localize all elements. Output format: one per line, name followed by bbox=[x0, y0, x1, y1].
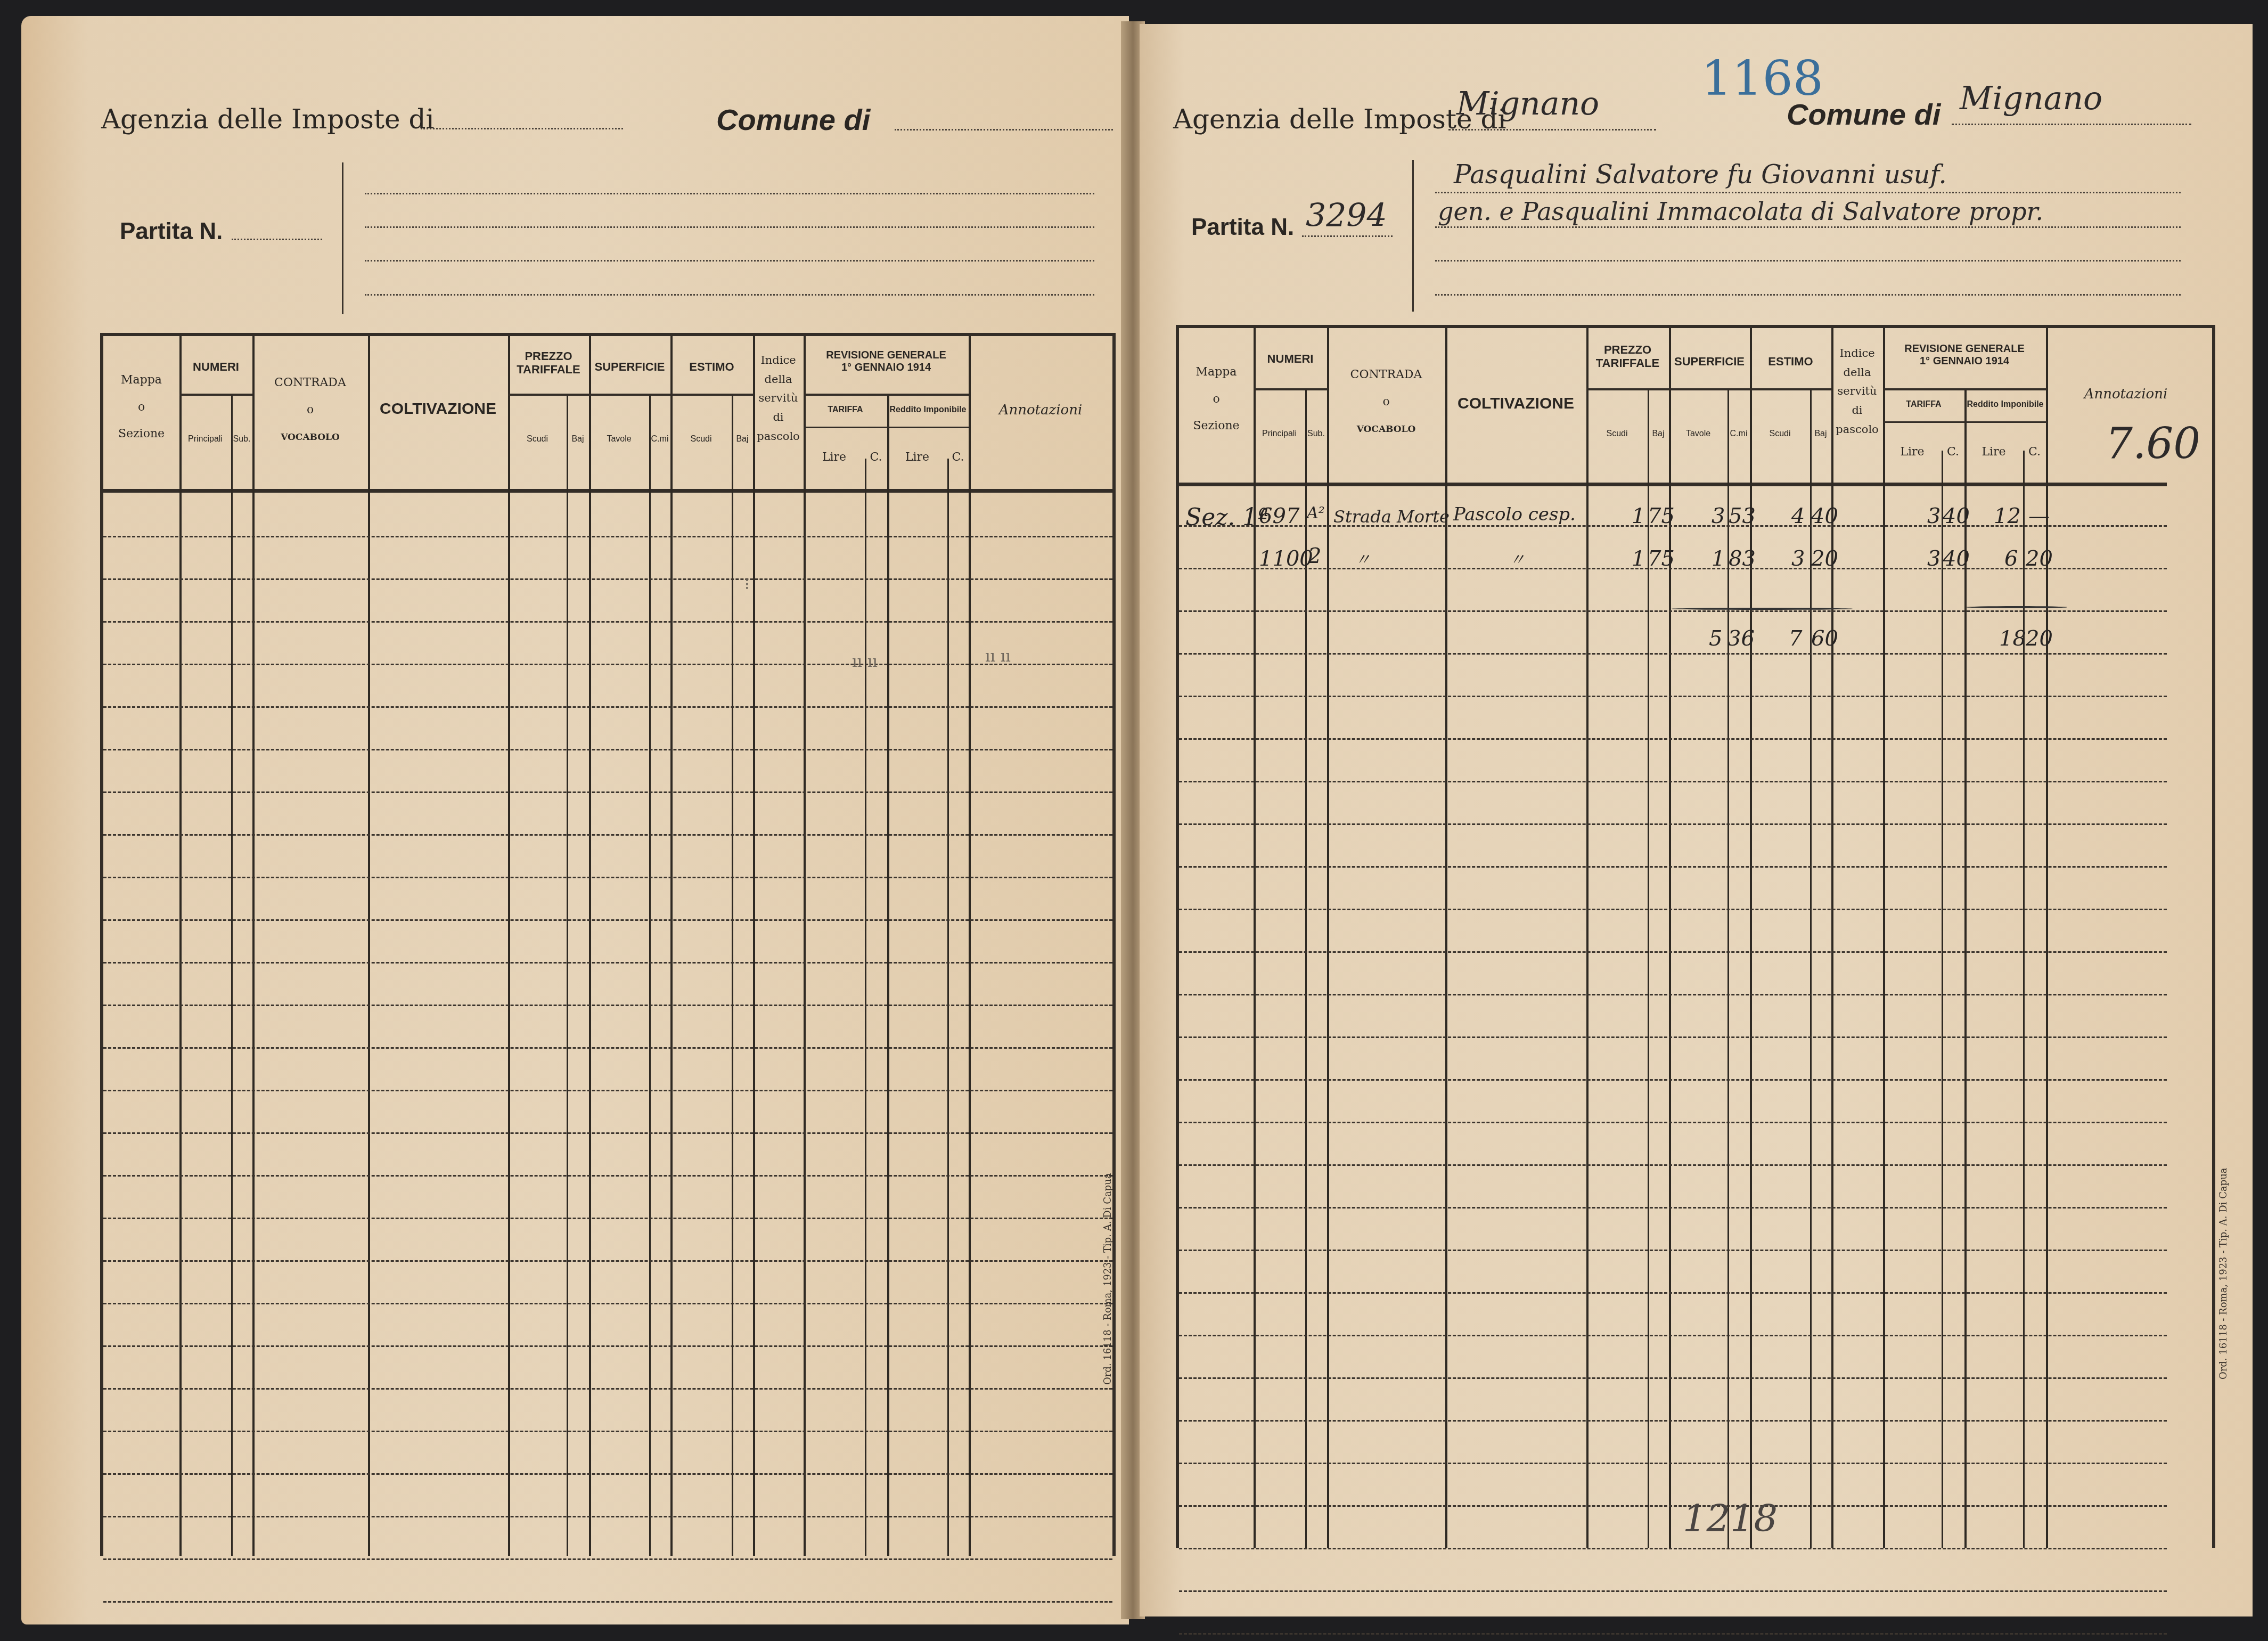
row-rule bbox=[1179, 1079, 2167, 1081]
row-rule bbox=[1179, 1590, 2167, 1592]
subheader-line bbox=[1883, 421, 2047, 423]
row-rule bbox=[103, 1047, 1112, 1049]
hdr-cmi: C.mi bbox=[1727, 429, 1750, 439]
hdr-reddito: Reddito Imponibile bbox=[1964, 400, 2046, 410]
hdr-estimo: ESTIMO bbox=[670, 360, 753, 373]
row-rule bbox=[103, 706, 1112, 708]
row-rule bbox=[103, 1345, 1112, 1347]
cell-coltivazione: Pascolo cesp. bbox=[1453, 504, 1576, 525]
total-tavole: 5 bbox=[1709, 626, 1722, 651]
cell-reddito-lire: 12 bbox=[1994, 504, 2021, 528]
col-divider bbox=[947, 459, 949, 1556]
row-rule bbox=[103, 919, 1112, 921]
row-rule bbox=[1179, 1292, 2167, 1294]
cell-prezzo-scudi: 1 bbox=[1632, 504, 1645, 528]
row-rule bbox=[103, 791, 1112, 793]
row-rule bbox=[1179, 866, 2167, 868]
ink-stain: ıı ıı bbox=[985, 647, 1011, 666]
row-rule bbox=[103, 749, 1112, 750]
row-rule bbox=[1179, 1505, 2167, 1507]
right-owner-line-3[interactable] bbox=[1435, 260, 2181, 262]
row-rule bbox=[103, 1218, 1112, 1219]
right-comune-value: Mignano bbox=[1960, 80, 2102, 117]
subheader-line bbox=[1883, 388, 2047, 390]
subheader-line bbox=[179, 394, 252, 396]
hdr-sub: Sub. bbox=[1305, 429, 1327, 439]
hdr-coltivazione: COLTIVAZIONE bbox=[368, 400, 508, 419]
hdr-indice: Indicedellaservitùdipascolo bbox=[753, 351, 804, 446]
right-owner-text-2: gen. e Pasqualini Immacolata di Salvator… bbox=[1438, 197, 2043, 226]
total-reddito-lire: 18 bbox=[1999, 626, 2026, 651]
row-rule bbox=[103, 1005, 1112, 1006]
total-underline bbox=[1672, 608, 1853, 610]
col-divider bbox=[589, 336, 591, 1556]
row-rule bbox=[103, 1260, 1112, 1262]
row-rule bbox=[103, 962, 1112, 964]
cell-reddito-c: 20 bbox=[2026, 546, 2053, 571]
col-divider bbox=[804, 336, 806, 1556]
row-rule bbox=[1179, 1036, 2167, 1038]
hdr-prezzo-baj: Baj bbox=[1648, 429, 1669, 439]
subheader-line bbox=[804, 427, 969, 428]
cell-sub: A² bbox=[1307, 504, 1325, 522]
cell-tariffa-lire: 3 bbox=[1927, 546, 1941, 571]
col-divider bbox=[2023, 451, 2025, 1548]
hdr-prezzo-baj: Baj bbox=[567, 435, 589, 444]
right-partita-field[interactable] bbox=[1302, 235, 1393, 237]
hdr-coltivazione: COLTIVAZIONE bbox=[1445, 395, 1586, 413]
cell-tariffa-c: 40 bbox=[1943, 546, 1970, 571]
cell-estimo-baj: 20 bbox=[1811, 546, 1838, 571]
hdr-reddito-lire: Lire bbox=[887, 451, 947, 464]
row-rule bbox=[1179, 1164, 2167, 1166]
col-divider bbox=[753, 336, 755, 1556]
subheader-line bbox=[508, 394, 753, 396]
hdr-reddito: Reddito Imponibile bbox=[887, 405, 969, 415]
hdr-mappa: MappaoSezione bbox=[1179, 365, 1254, 432]
subheader-line bbox=[804, 394, 969, 396]
row-rule bbox=[103, 1132, 1112, 1134]
annotation-value: 7.60 bbox=[2106, 419, 2200, 468]
hdr-revisione: REVISIONE GENERALE1° GENNAIO 1914 bbox=[1883, 343, 2046, 368]
hdr-superficie: SUPERFICIE bbox=[589, 360, 670, 373]
subheader-line bbox=[1586, 388, 1831, 390]
hdr-tariffa-lire: Lire bbox=[1883, 445, 1942, 459]
row-rule bbox=[1179, 909, 2167, 910]
hdr-contrada: CONTRADAoVOCABOLO bbox=[1327, 368, 1445, 435]
hdr-reddito-lire: Lire bbox=[1964, 445, 2023, 459]
right-comune-field[interactable] bbox=[1952, 124, 2191, 125]
left-owner-brace bbox=[342, 162, 343, 314]
row-rule bbox=[103, 877, 1112, 878]
right-partita-value: 3294 bbox=[1306, 197, 1387, 234]
hdr-reddito-c: C. bbox=[947, 451, 969, 464]
hdr-reddito-c: C. bbox=[2023, 445, 2046, 459]
right-agenzia-field[interactable] bbox=[1448, 129, 1656, 130]
cell-contrada: Strada Morte bbox=[1333, 507, 1450, 527]
right-owner-brace bbox=[1412, 160, 1414, 312]
hdr-estimo-baj: Baj bbox=[1810, 429, 1831, 439]
row-rule bbox=[103, 664, 1112, 665]
hdr-revisione: REVISIONE GENERALE1° GENNAIO 1914 bbox=[804, 349, 969, 374]
left-owner-line-1[interactable] bbox=[365, 193, 1094, 194]
right-ledger-table: MappaoSezione NUMERI Principali Sub. CON… bbox=[1176, 325, 2215, 1548]
right-owner-line-2[interactable] bbox=[1435, 226, 2181, 228]
right-agenzia-value: Mignano bbox=[1456, 85, 1599, 123]
col-divider bbox=[508, 336, 510, 1556]
row-rule bbox=[1179, 1463, 2167, 1464]
hdr-sub: Sub. bbox=[231, 435, 252, 444]
col-divider bbox=[567, 395, 568, 1556]
hdr-cmi: C.mi bbox=[649, 435, 670, 444]
cell-reddito-c: — bbox=[2028, 504, 2050, 528]
col-divider bbox=[649, 395, 651, 1556]
row-rule bbox=[103, 1431, 1112, 1432]
left-owner-line-3[interactable] bbox=[365, 260, 1094, 262]
row-rule bbox=[103, 1090, 1112, 1091]
row-rule bbox=[103, 1473, 1112, 1475]
row-rule bbox=[1179, 738, 2167, 740]
right-owner-line-1[interactable] bbox=[1435, 192, 2181, 193]
cell-prezzo-scudi: 1 bbox=[1632, 546, 1645, 571]
hdr-numeri: NUMERI bbox=[1254, 352, 1327, 365]
cell-cmi: 83 bbox=[1729, 546, 1756, 571]
hdr-numeri: NUMERI bbox=[179, 360, 252, 373]
page-total-note: 1218 bbox=[1683, 1497, 1778, 1540]
row-rule bbox=[103, 621, 1112, 623]
row-rule bbox=[1179, 610, 2167, 612]
row-rule bbox=[1179, 696, 2167, 697]
col-divider bbox=[732, 395, 733, 1556]
hdr-annotazioni: Annotazioni bbox=[969, 403, 1112, 419]
col-divider bbox=[865, 459, 866, 1556]
hdr-tavole: Tavole bbox=[589, 435, 649, 444]
cell-tariffa-lire: 3 bbox=[1927, 504, 1941, 528]
cell-tariffa-c: 40 bbox=[1943, 504, 1970, 528]
col-divider bbox=[887, 395, 889, 1556]
col-divider bbox=[1883, 328, 1885, 1548]
hdr-tariffa: TARIFFA bbox=[804, 405, 887, 415]
row-rule bbox=[1179, 994, 2167, 995]
cell-principali: 697 bbox=[1259, 504, 1299, 528]
row-rule bbox=[103, 1601, 1112, 1603]
row-rule bbox=[1179, 1633, 2167, 1635]
left-comune-field[interactable] bbox=[895, 129, 1113, 130]
left-partita-field[interactable] bbox=[232, 239, 322, 240]
hdr-indice: Indicedellaservitùdipascolo bbox=[1831, 344, 1883, 439]
cell-estimo-scudi: 4 bbox=[1791, 504, 1805, 528]
hdr-estimo-scudi: Scudi bbox=[1750, 429, 1810, 439]
total-cmi: 36 bbox=[1727, 626, 1755, 651]
ink-stain: ⁝ bbox=[744, 575, 750, 594]
right-comune-label: Comune di bbox=[1787, 97, 1941, 132]
total-estimo-baj: 60 bbox=[1811, 626, 1838, 651]
cell-tavole: 3 bbox=[1712, 504, 1725, 528]
ink-stain: ıı ıı bbox=[852, 652, 878, 671]
row-rule bbox=[1179, 1207, 2167, 1209]
cell-coltivazione: 〃 bbox=[1509, 546, 1525, 570]
col-divider bbox=[969, 336, 971, 1556]
left-agenzia-field[interactable] bbox=[421, 128, 623, 129]
cell-prezzo-baj: 75 bbox=[1648, 504, 1675, 528]
cell-estimo-baj: 40 bbox=[1811, 504, 1838, 528]
row-rule bbox=[103, 1303, 1112, 1304]
total-estimo-scudi: 7 bbox=[1789, 626, 1802, 651]
total-underline bbox=[1966, 606, 2067, 608]
total-reddito-c: 20 bbox=[2026, 626, 2053, 651]
row-rule bbox=[1179, 1335, 2167, 1336]
left-agenzia-label: Agenzia delle Imposte di bbox=[101, 104, 435, 135]
cell-estimo-scudi: 3 bbox=[1791, 546, 1805, 571]
hdr-tariffa-c: C. bbox=[865, 451, 887, 464]
hdr-prezzo: PREZZOTARIFFALE bbox=[508, 349, 589, 377]
row-rule bbox=[103, 536, 1112, 537]
cell-principali: 1100 bbox=[1259, 546, 1313, 571]
left-comune-label: Comune di bbox=[716, 102, 870, 137]
header-divider bbox=[103, 489, 1112, 493]
cell-contrada: 〃 bbox=[1355, 546, 1371, 570]
hdr-estimo-baj: Baj bbox=[732, 435, 753, 444]
right-printer-note: Ord. 16118 - Roma, 1923 - Tip. A. Di Cap… bbox=[2218, 1168, 2229, 1379]
right-owner-text-1: Pasqualini Salvatore fu Giovanni usuf. bbox=[1454, 160, 1947, 190]
col-divider bbox=[368, 336, 370, 1556]
left-partita-label: Partita N. bbox=[120, 218, 223, 245]
row-rule bbox=[1179, 781, 2167, 782]
cell-sub: 2 bbox=[1308, 544, 1321, 568]
hdr-prezzo-scudi: Scudi bbox=[508, 435, 567, 444]
left-owner-line-4[interactable] bbox=[365, 294, 1094, 296]
right-partita-label: Partita N. bbox=[1191, 214, 1294, 241]
subheader-line bbox=[1254, 388, 1328, 390]
hdr-tariffa-lire: Lire bbox=[804, 451, 865, 464]
col-divider bbox=[1327, 328, 1329, 1548]
row-rule bbox=[103, 1558, 1112, 1560]
row-rule bbox=[1179, 1122, 2167, 1123]
row-rule bbox=[103, 1175, 1112, 1177]
right-owner-line-4[interactable] bbox=[1435, 294, 2181, 296]
row-rule bbox=[1179, 1548, 2167, 1549]
hdr-tavole: Tavole bbox=[1669, 429, 1727, 439]
hdr-annotazioni: Annotazioni bbox=[2046, 387, 2206, 403]
row-rule bbox=[1179, 1377, 2167, 1379]
row-rule bbox=[1179, 1420, 2167, 1422]
hdr-prezzo-scudi: Scudi bbox=[1586, 429, 1648, 439]
row-rule bbox=[1179, 823, 2167, 825]
hdr-principali: Principali bbox=[179, 435, 231, 444]
cell-cmi: 53 bbox=[1729, 504, 1756, 528]
hdr-principali: Principali bbox=[1254, 429, 1305, 439]
col-divider bbox=[231, 395, 233, 1556]
row-rule bbox=[103, 1516, 1112, 1517]
cell-reddito-lire: 6 bbox=[2004, 546, 2018, 571]
hdr-mappa: MappaoSezione bbox=[103, 373, 179, 440]
hdr-estimo-scudi: Scudi bbox=[670, 435, 732, 444]
row-rule bbox=[1179, 653, 2167, 655]
col-divider bbox=[179, 336, 182, 1556]
cell-prezzo-baj: 75 bbox=[1648, 546, 1675, 571]
row-rule bbox=[103, 578, 1112, 580]
col-divider bbox=[670, 336, 673, 1556]
left-owner-line-2[interactable] bbox=[365, 226, 1094, 228]
hdr-tariffa-c: C. bbox=[1942, 445, 1964, 459]
cell-tavole: 1 bbox=[1712, 546, 1725, 571]
hdr-contrada: CONTRADAoVOCABOLO bbox=[252, 376, 368, 443]
col-divider bbox=[252, 336, 255, 1556]
left-ledger-table: MappaoSezione NUMERI Principali Sub. CON… bbox=[100, 333, 1116, 1556]
left-printer-note: Ord. 16118 - Roma, 1923 - Tip. A. Di Cap… bbox=[1102, 1173, 1113, 1385]
col-divider bbox=[1586, 328, 1589, 1548]
col-divider bbox=[1942, 451, 1943, 1548]
row-rule bbox=[103, 834, 1112, 836]
cell-mappa: Sez. 1ª bbox=[1185, 504, 1268, 531]
hdr-prezzo: PREZZOTARIFFALE bbox=[1586, 343, 1669, 370]
row-rule bbox=[103, 1388, 1112, 1390]
row-rule bbox=[1179, 1250, 2167, 1251]
hdr-tariffa: TARIFFA bbox=[1883, 400, 1964, 410]
hdr-estimo: ESTIMO bbox=[1750, 355, 1831, 368]
hdr-superficie: SUPERFICIE bbox=[1669, 355, 1750, 368]
row-rule bbox=[1179, 951, 2167, 953]
